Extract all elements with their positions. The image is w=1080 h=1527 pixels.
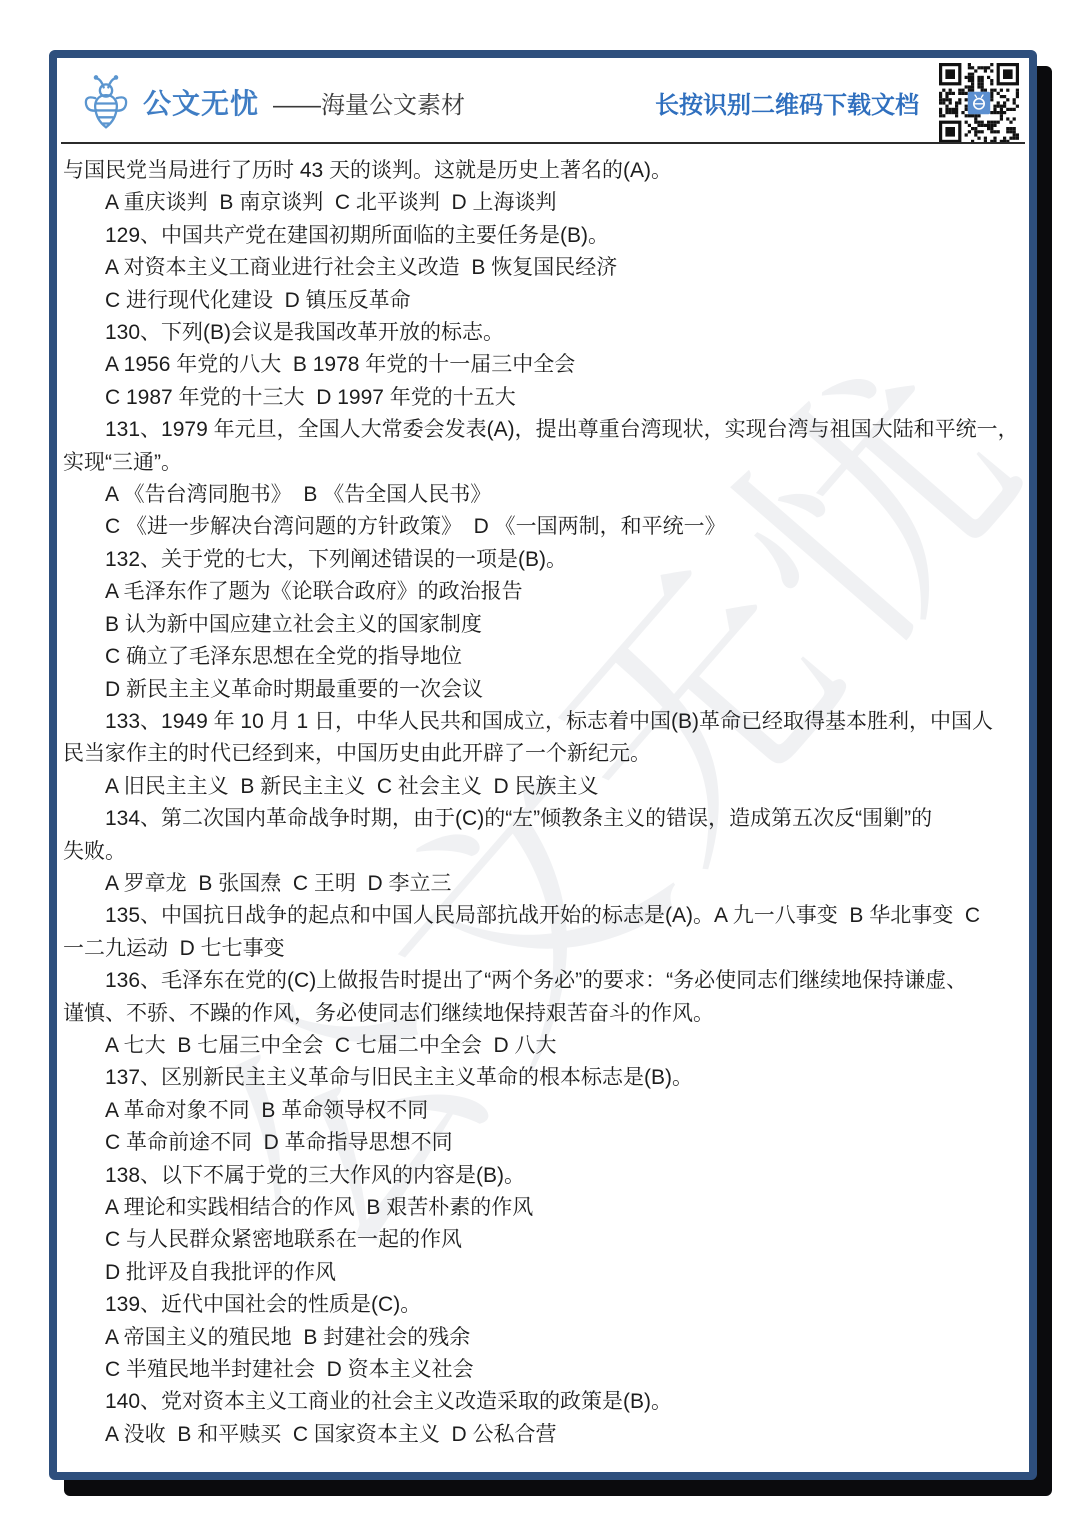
text-line: A 没收 B 和平赎买 C 国家资本主义 D 公私合营 <box>63 1419 1023 1451</box>
text-line: 138、以下不属于党的三大作风的内容是(B)。 <box>63 1160 1023 1192</box>
text-line: C 《进一步解决台湾问题的方针政策》 D 《一国两制，和平统一》 <box>63 511 1023 543</box>
text-line: 130、下列(B)会议是我国改革开放的标志。 <box>63 317 1023 349</box>
text-line: 民当家作主的时代已经到来，中国历史由此开辟了一个新纪元。 <box>63 738 1023 770</box>
text-line: A 《告台湾同胞书》 B 《告全国人民书》 <box>63 479 1023 511</box>
text-line: A 旧民主主义 B 新民主主义 C 社会主义 D 民族主义 <box>63 771 1023 803</box>
question-list: 与国民党当局进行了历时 43 天的谈判。这就是历史上著名的(A)。A 重庆谈判 … <box>57 144 1029 1451</box>
text-line: A 对资本主义工商业进行社会主义改造 B 恢复国民经济 <box>63 252 1023 284</box>
brand-tagline: ——海量公文素材 <box>273 85 465 120</box>
text-line: A 重庆谈判 B 南京谈判 C 北平谈判 D 上海谈判 <box>63 187 1023 219</box>
text-line: 136、毛泽东在党的(C)上做报告时提出了“两个务必”的要求：“务必使同志们继续… <box>63 965 1023 997</box>
brand-name: 公文无忧 <box>143 82 259 122</box>
text-line: C 革命前途不同 D 革命指导思想不同 <box>63 1127 1023 1159</box>
text-line: D 新民主主义革命时期最重要的一次会议 <box>63 674 1023 706</box>
text-line: A 毛泽东作了题为《论联合政府》的政治报告 <box>63 576 1023 608</box>
page-frame: 公文无忧 ——海量公文素材 长按识别二维码下载文档 公文无忧 与国民党当局进行了… <box>49 50 1037 1480</box>
text-line: A 革命对象不同 B 革命领导权不同 <box>63 1095 1023 1127</box>
text-line: 137、区别新民主主义革命与旧民主主义革命的根本标志是(B)。 <box>63 1062 1023 1094</box>
text-line: B 认为新中国应建立社会主义的国家制度 <box>63 609 1023 641</box>
text-line: C 1987 年党的十三大 D 1997 年党的十五大 <box>63 382 1023 414</box>
text-line: 一二九运动 D 七七事变 <box>63 933 1023 965</box>
text-line: 与国民党当局进行了历时 43 天的谈判。这就是历史上著名的(A)。 <box>63 155 1023 187</box>
page: 公文无忧 ——海量公文素材 长按识别二维码下载文档 公文无忧 与国民党当局进行了… <box>0 0 1080 1527</box>
header-divider <box>61 142 1025 144</box>
text-line: 135、中国抗日战争的起点和中国人民局部抗战开始的标志是(A)。A 九一八事变 … <box>63 900 1023 932</box>
text-line: 129、中国共产党在建国初期所面临的主要任务是(B)。 <box>63 220 1023 252</box>
text-line: C 确立了毛泽东思想在全党的指导地位 <box>63 641 1023 673</box>
text-line: A 七大 B 七届三中全会 C 七届二中全会 D 八大 <box>63 1030 1023 1062</box>
text-line: 谨慎、不骄、不躁的作风，务必使同志们继续地保持艰苦奋斗的作风。 <box>63 998 1023 1030</box>
text-line: 131、1979 年元旦，全国人大常委会发表(A)，提出尊重台湾现状，实现台湾与… <box>63 414 1023 446</box>
qr-code-icon[interactable] <box>939 63 1019 143</box>
text-line: 133、1949 年 10 月 1 日，中华人民共和国成立，标志着中国(B)革命… <box>63 706 1023 738</box>
text-line: 实现“三通”。 <box>63 447 1023 479</box>
text-line: 134、第二次国内革命战争时期，由于(C)的“左”倾教条主义的错误，造成第五次反… <box>63 803 1023 835</box>
header: 公文无忧 ——海量公文素材 长按识别二维码下载文档 <box>57 58 1029 142</box>
text-line: A 理论和实践相结合的作风 B 艰苦朴素的作风 <box>63 1192 1023 1224</box>
text-line: A 罗章龙 B 张国焘 C 王明 D 李立三 <box>63 868 1023 900</box>
text-line: 132、关于党的七大，下列阐述错误的一项是(B)。 <box>63 544 1023 576</box>
text-line: 失败。 <box>63 836 1023 868</box>
text-line: A 帝国主义的殖民地 B 封建社会的残余 <box>63 1322 1023 1354</box>
text-line: A 1956 年党的八大 B 1978 年党的十一届三中全会 <box>63 349 1023 381</box>
text-line: C 半殖民地半封建社会 D 资本主义社会 <box>63 1354 1023 1386</box>
text-line: 140、党对资本主义工商业的社会主义改造采取的政策是(B)。 <box>63 1386 1023 1418</box>
brand: 公文无忧 ——海量公文素材 <box>83 71 465 133</box>
text-line: D 批评及自我批评的作风 <box>63 1257 1023 1289</box>
qr-download-hint: 长按识别二维码下载文档 <box>655 85 919 120</box>
text-line: 139、近代中国社会的性质是(C)。 <box>63 1289 1023 1321</box>
bee-logo-icon <box>83 71 129 133</box>
text-line: C 与人民群众紧密地联系在一起的作风 <box>63 1224 1023 1256</box>
text-line: C 进行现代化建设 D 镇压反革命 <box>63 285 1023 317</box>
